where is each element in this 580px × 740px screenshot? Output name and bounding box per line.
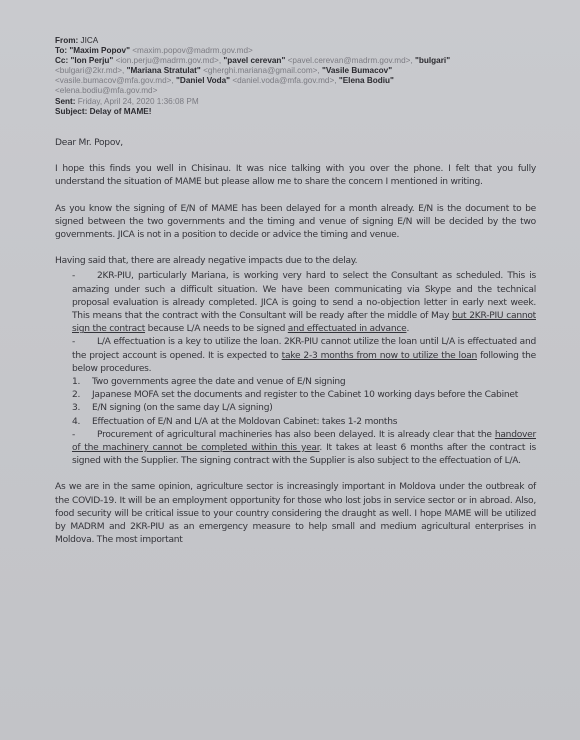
cc-recipient-name: "bulgari"	[415, 56, 450, 65]
bullet-procurement: -Procurement of agricultural machineries…	[55, 429, 536, 469]
underlined-text: take 2-3 months from now to utilize the …	[282, 351, 477, 361]
paragraph-negative-impacts: Having said that, there are already nega…	[55, 255, 536, 268]
greeting: Dear Mr. Popov,	[55, 137, 536, 150]
cc-recipient-email: <pavel.cerevan@madrm.gov.md>,	[288, 56, 413, 65]
cc-recipient-email: <ion.perju@madrm.gov.md>,	[116, 56, 222, 65]
cc-recipient-email: <bulgari@2kr.md>,	[55, 66, 124, 75]
cc-recipient-name: "Ion Perju"	[70, 56, 113, 65]
step-number: 3.	[72, 402, 92, 415]
paragraph-en-delay: As you know the signing of E/N of MAME h…	[55, 203, 536, 243]
to-label: To:	[55, 46, 67, 55]
bullet-la-effectuation: -L/A effectuation is a key to utilize th…	[55, 336, 536, 376]
to-line: To: "Maxim Popov" <maxim.popov@madrm.gov…	[55, 46, 525, 56]
cc-recipient-name: "Daniel Voda"	[176, 76, 230, 85]
to-recipient-name: "Maxim Popov"	[69, 46, 130, 55]
from-value: JICA	[80, 36, 98, 45]
paragraph-covid: As we are in the same opinion, agricultu…	[55, 481, 536, 547]
cc-recipient-name: "Elena Bodiu"	[339, 76, 394, 85]
underlined-text: and effectuated in advance	[288, 324, 407, 334]
cc-recipient-name: "pavel cerevan"	[223, 56, 285, 65]
email-header: From: JICA To: "Maxim Popov" <maxim.popo…	[55, 36, 525, 117]
from-line: From: JICA	[55, 36, 525, 46]
subject-value: Delay of MAME!	[90, 107, 152, 116]
step-text: Japanese MOFA set the documents and regi…	[92, 390, 518, 400]
step-number: 4.	[72, 416, 92, 429]
subject-label: Subject:	[55, 107, 87, 116]
cc-recipient-email: <vasile.bumacov@mfa.gov.md>,	[55, 76, 174, 85]
bullet-text: .	[406, 324, 409, 334]
cc-recipient-email: <daniel.voda@mfa.gov.md>,	[232, 76, 336, 85]
procedure-step: 3.E/N signing (on the same day L/A signi…	[55, 402, 536, 415]
step-number: 2.	[72, 389, 92, 402]
step-number: 1.	[72, 376, 92, 389]
procedure-step: 4.Effectuation of E/N and L/A at the Mol…	[55, 416, 536, 429]
cc-recipient-name: "Vasile Bumacov"	[322, 66, 392, 75]
procedure-step: 1.Two governments agree the date and ven…	[55, 376, 536, 389]
cc-label: Cc:	[55, 56, 68, 65]
bullet-text: because L/A needs to be signed	[145, 324, 288, 334]
bullet-dash: -	[72, 336, 97, 349]
sent-line: Sent: Friday, April 24, 2020 1:36:08 PM	[55, 97, 525, 107]
step-text: Effectuation of E/N and L/A at the Moldo…	[92, 417, 397, 427]
sent-value: Friday, April 24, 2020 1:36:08 PM	[78, 97, 199, 106]
bullet-consultant: -2KR-PIU, particularly Mariana, is worki…	[55, 270, 536, 336]
step-text: E/N signing (on the same day L/A signing…	[92, 403, 273, 413]
procedure-step: 2.Japanese MOFA set the documents and re…	[55, 389, 536, 402]
subject-line: Subject: Delay of MAME!	[55, 107, 525, 117]
bullet-dash: -	[72, 429, 97, 442]
bullet-text: Procurement of agricultural machineries …	[97, 430, 495, 440]
step-text: Two governments agree the date and venue…	[92, 377, 345, 387]
sent-label: Sent:	[55, 97, 75, 106]
cc-line: Cc: "Ion Perju" <ion.perju@madrm.gov.md>…	[55, 56, 525, 96]
from-label: From:	[55, 36, 78, 45]
to-recipient-email: <maxim.popov@madrm.gov.md>	[132, 46, 253, 55]
bullet-dash: -	[72, 270, 97, 283]
letter-body: Dear Mr. Popov, I hope this finds you we…	[55, 137, 536, 560]
paragraph-intro: I hope this finds you well in Chisinau. …	[55, 163, 536, 189]
cc-recipient-name: "Mariana Stratulat"	[127, 66, 201, 75]
cc-recipient-email: <gherghi.mariana@gmail.com>,	[203, 66, 320, 75]
cc-recipient-email: <elena.bodiu@mfa.gov.md>	[55, 86, 157, 95]
printed-email-page: From: JICA To: "Maxim Popov" <maxim.popo…	[0, 0, 580, 740]
